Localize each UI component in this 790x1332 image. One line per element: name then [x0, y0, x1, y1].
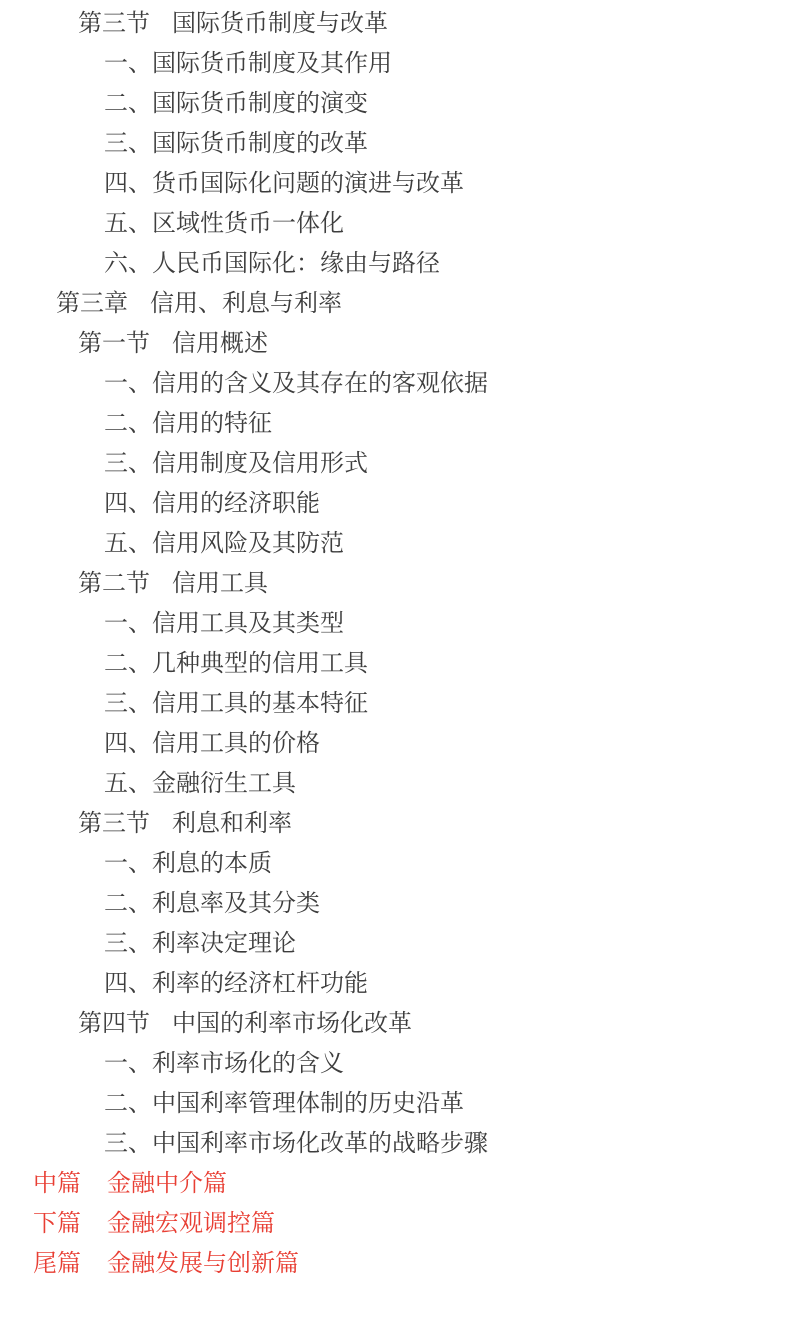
toc-entry-subitem: 三、中国利率市场化改革的战略步骤 — [0, 1124, 790, 1164]
toc-entry-subitem: 四、信用工具的价格 — [0, 724, 790, 764]
entry-label: 第二节 — [78, 570, 150, 597]
entry-title: 国际货币制度与改革 — [172, 10, 388, 37]
toc-entry-subitem: 三、国际货币制度的改革 — [0, 124, 790, 164]
toc-entry-chapter: 第三章信用、利息与利率 — [0, 284, 790, 324]
toc-entry-part: 尾篇金融发展与创新篇 — [0, 1244, 790, 1284]
table-of-contents: 第三节国际货币制度与改革一、国际货币制度及其作用二、国际货币制度的演变三、国际货… — [0, 4, 790, 1284]
entry-title: 金融发展与创新篇 — [107, 1250, 299, 1277]
toc-entry-subitem: 一、国际货币制度及其作用 — [0, 44, 790, 84]
toc-entry-section: 第一节信用概述 — [0, 324, 790, 364]
toc-entry-subitem: 四、利率的经济杠杆功能 — [0, 964, 790, 1004]
toc-entry-part: 下篇金融宏观调控篇 — [0, 1204, 790, 1244]
toc-entry-subitem: 二、国际货币制度的演变 — [0, 84, 790, 124]
toc-entry-subitem: 五、金融衍生工具 — [0, 764, 790, 804]
entry-text: 一、信用工具及其类型 — [104, 610, 344, 637]
toc-entry-subitem: 五、信用风险及其防范 — [0, 524, 790, 564]
toc-entry-section: 第四节中国的利率市场化改革 — [0, 1004, 790, 1044]
entry-title: 金融中介篇 — [107, 1170, 227, 1197]
entry-text: 二、信用的特征 — [104, 410, 272, 437]
entry-text: 四、信用工具的价格 — [104, 730, 320, 757]
entry-text: 一、利息的本质 — [104, 850, 272, 877]
entry-title: 金融宏观调控篇 — [107, 1210, 275, 1237]
toc-entry-part: 中篇金融中介篇 — [0, 1164, 790, 1204]
toc-entry-subitem: 四、货币国际化问题的演进与改革 — [0, 164, 790, 204]
toc-entry-subitem: 二、中国利率管理体制的历史沿革 — [0, 1084, 790, 1124]
toc-entry-subitem: 三、信用制度及信用形式 — [0, 444, 790, 484]
entry-title: 信用、利息与利率 — [150, 290, 342, 317]
entry-label: 中篇 — [33, 1170, 81, 1197]
toc-entry-subitem: 一、信用的含义及其存在的客观依据 — [0, 364, 790, 404]
toc-entry-subitem: 五、区域性货币一体化 — [0, 204, 790, 244]
toc-entry-subitem: 四、信用的经济职能 — [0, 484, 790, 524]
toc-entry-subitem: 二、信用的特征 — [0, 404, 790, 444]
entry-text: 一、利率市场化的含义 — [104, 1050, 344, 1077]
entry-text: 三、国际货币制度的改革 — [104, 130, 368, 157]
entry-text: 一、国际货币制度及其作用 — [104, 50, 392, 77]
toc-entry-subitem: 一、利率市场化的含义 — [0, 1044, 790, 1084]
entry-text: 五、金融衍生工具 — [104, 770, 296, 797]
entry-text: 二、几种典型的信用工具 — [104, 650, 368, 677]
entry-text: 四、货币国际化问题的演进与改革 — [104, 170, 464, 197]
entry-text: 二、国际货币制度的演变 — [104, 90, 368, 117]
entry-text: 六、人民币国际化：缘由与路径 — [104, 250, 440, 277]
entry-text: 三、中国利率市场化改革的战略步骤 — [104, 1130, 488, 1157]
entry-text: 五、信用风险及其防范 — [104, 530, 344, 557]
toc-entry-subitem: 三、利率决定理论 — [0, 924, 790, 964]
toc-entry-section: 第二节信用工具 — [0, 564, 790, 604]
entry-label: 第三章 — [56, 290, 128, 317]
entry-label: 下篇 — [33, 1210, 81, 1237]
toc-entry-section: 第三节利息和利率 — [0, 804, 790, 844]
toc-entry-subitem: 一、利息的本质 — [0, 844, 790, 884]
entry-title: 信用概述 — [172, 330, 268, 357]
entry-label: 第四节 — [78, 1010, 150, 1037]
entry-label: 第三节 — [78, 810, 150, 837]
entry-title: 中国的利率市场化改革 — [172, 1010, 412, 1037]
entry-text: 三、利率决定理论 — [104, 930, 296, 957]
toc-entry-subitem: 六、人民币国际化：缘由与路径 — [0, 244, 790, 284]
entry-text: 三、信用制度及信用形式 — [104, 450, 368, 477]
toc-entry-subitem: 三、信用工具的基本特征 — [0, 684, 790, 724]
entry-text: 一、信用的含义及其存在的客观依据 — [104, 370, 488, 397]
entry-text: 四、信用的经济职能 — [104, 490, 320, 517]
entry-text: 四、利率的经济杠杆功能 — [104, 970, 368, 997]
toc-entry-section: 第三节国际货币制度与改革 — [0, 4, 790, 44]
toc-entry-subitem: 二、利息率及其分类 — [0, 884, 790, 924]
entry-title: 信用工具 — [172, 570, 268, 597]
entry-title: 利息和利率 — [172, 810, 292, 837]
entry-text: 三、信用工具的基本特征 — [104, 690, 368, 717]
entry-text: 五、区域性货币一体化 — [104, 210, 344, 237]
toc-entry-subitem: 一、信用工具及其类型 — [0, 604, 790, 644]
page-background: { "page": { "background": "#ffffff", "te… — [0, 0, 790, 1332]
entry-label: 第一节 — [78, 330, 150, 357]
entry-text: 二、利息率及其分类 — [104, 890, 320, 917]
entry-label: 第三节 — [78, 10, 150, 37]
toc-entry-subitem: 二、几种典型的信用工具 — [0, 644, 790, 684]
toc-page: 第三节国际货币制度与改革一、国际货币制度及其作用二、国际货币制度的演变三、国际货… — [0, 0, 790, 1332]
entry-text: 二、中国利率管理体制的历史沿革 — [104, 1090, 464, 1117]
entry-label: 尾篇 — [33, 1250, 81, 1277]
